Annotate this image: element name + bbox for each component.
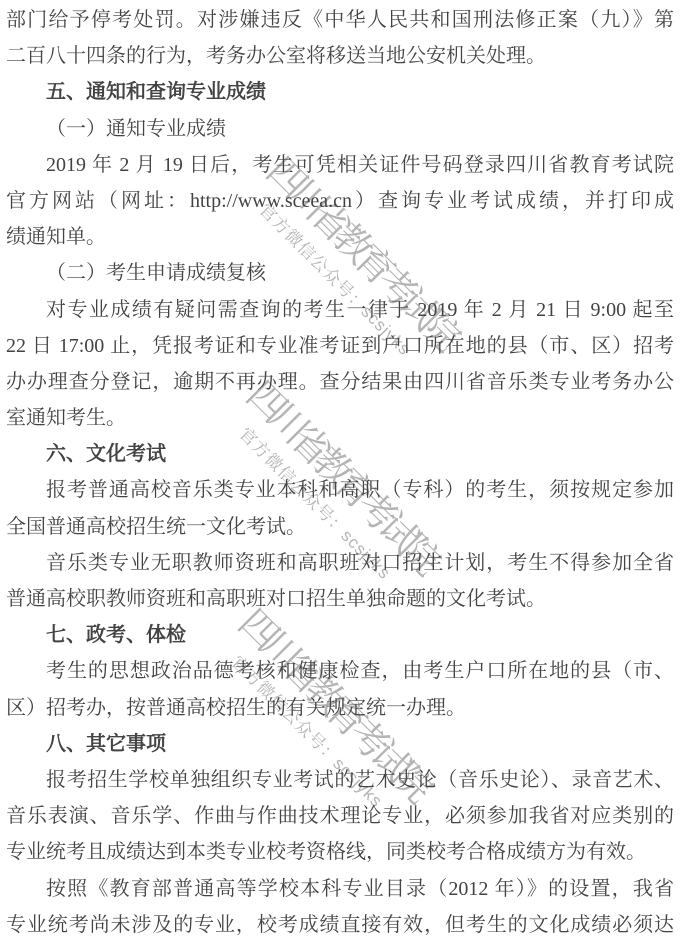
text-line: 全国普通高校招生统一文化考试。 [6,509,674,545]
text-line: （一）通知专业成绩 [6,111,674,147]
text-line: 2019 年 2 月 19 日后，考生可凭相关证件号码登录四川省教育考试院 [6,147,674,183]
section-heading: 五、通知和查询专业成绩 [6,74,674,110]
text-line: 音乐类专业无职教师资班和高职班对口招生计划，考生不得参加全省 [6,545,674,581]
text-line: 对专业成绩有疑问需查询的考生一律于 2019 年 2 月 21 日 9:00 起… [6,292,674,328]
text-line: 室通知考生。 [6,400,674,436]
text-line: 专业统考尚未涉及的专业，校考成绩直接有效，但考生的文化成绩必须达 [6,907,674,937]
document-body: 部门给予停考处罚。对涉嫌违反《中华人民共和国刑法修正案（九）》第二百八十四条的行… [0,0,680,937]
text-line: 考生的思想政治品德考核和健康检查，由考生户口所在地的县（市、 [6,653,674,689]
section-heading: 八、其它事项 [6,726,674,762]
text-line: 按照《教育部普通高等学校本科专业目录（2012 年）》的设置，我省 [6,871,674,907]
text-line: 报考招生学校单独组织专业考试的艺术史论（音乐史论）、录音艺术、 [6,762,674,798]
text-line: 二百八十四条的行为，考务办公室将移送当地公安机关处理。 [6,38,674,74]
text-line: 绩通知单。 [6,219,674,255]
text-line: 普通高校职教师资班和高职班对口招生单独命题的文化考试。 [6,581,674,617]
text-line: 报考普通高校音乐类专业本科和高职（专科）的考生，须按规定参加 [6,472,674,508]
text-line: 官方网站（网址：http://www.sceea.cn）查询专业考试成绩，并打印… [6,183,674,219]
text-line: （二）考生申请成绩复核 [6,255,674,291]
text-line: 部门给予停考处罚。对涉嫌违反《中华人民共和国刑法修正案（九）》第 [6,2,674,38]
text-line: 音乐表演、音乐学、作曲与作曲技术理论专业，必须参加我省对应类别的 [6,798,674,834]
text-line: 22 日 17:00 止，凭报考证和专业准考证到户口所在地的县（市、区）招考 [6,328,674,364]
text-line: 专业统考且成绩达到本类专业校考资格线，同类校考合格成绩方为有效。 [6,834,674,870]
section-heading: 六、文化考试 [6,436,674,472]
text-line: 办办理查分登记，逾期不再办理。查分结果由四川省音乐类专业考务办公 [6,364,674,400]
text-line: 区）招考办，按普通高校招生的有关规定统一办理。 [6,690,674,726]
section-heading: 七、政考、体检 [6,617,674,653]
